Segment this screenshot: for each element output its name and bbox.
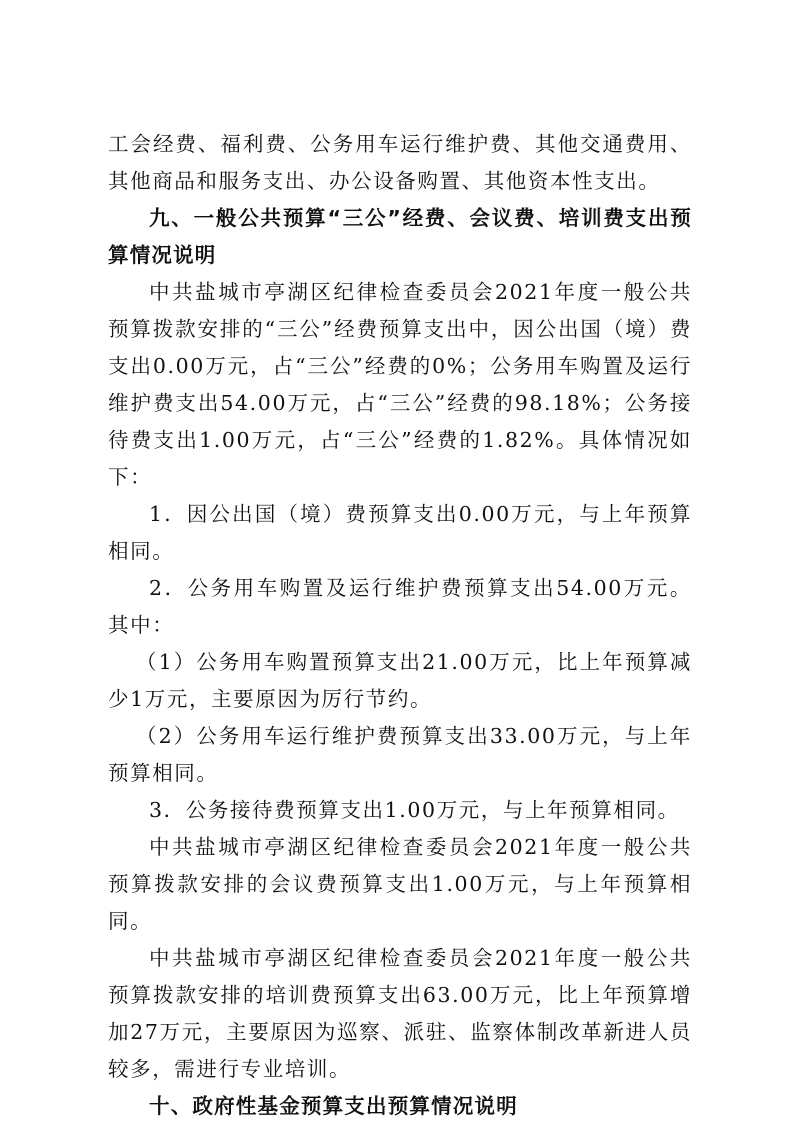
paragraph-subitem-2-vehicle-maintenance: （2）公务用车运行维护费预算支出33.00万元，与上年预算相同。 [108, 718, 692, 792]
paragraph-item-1-overseas: 1．因公出国（境）费预算支出0.00万元，与上年预算相同。 [108, 496, 692, 570]
paragraph-expense-list-continued: 工会经费、福利费、公务用车运行维护费、其他交通费用、其他商品和服务支出、办公设备… [108, 126, 692, 200]
section-heading-ten: 十、政府性基金预算支出预算情况说明 [108, 1088, 692, 1123]
paragraph-item-2-vehicles: 2．公务用车购置及运行维护费预算支出54.00万元。其中： [108, 570, 692, 644]
paragraph-subitem-1-vehicle-purchase: （1）公务用车购置预算支出21.00万元，比上年预算减少1万元，主要原因为厉行节… [108, 644, 692, 718]
paragraph-meeting-expense: 中共盐城市亭湖区纪律检查委员会2021年度一般公共预算拨款安排的会议费预算支出1… [108, 829, 692, 940]
paragraph-three-public-summary: 中共盐城市亭湖区纪律检查委员会2021年度一般公共预算拨款安排的“三公”经费预算… [108, 274, 692, 496]
document-page: 工会经费、福利费、公务用车运行维护费、其他交通费用、其他商品和服务支出、办公设备… [108, 126, 692, 1123]
paragraph-item-3-reception: 3．公务接待费预算支出1.00万元，与上年预算相同。 [108, 792, 692, 829]
paragraph-training-expense: 中共盐城市亭湖区纪律检查委员会2021年度一般公共预算拨款安排的培训费预算支出6… [108, 940, 692, 1088]
section-heading-nine: 九、一般公共预算“三公”经费、会议费、培训费支出预算情况说明 [108, 200, 692, 274]
